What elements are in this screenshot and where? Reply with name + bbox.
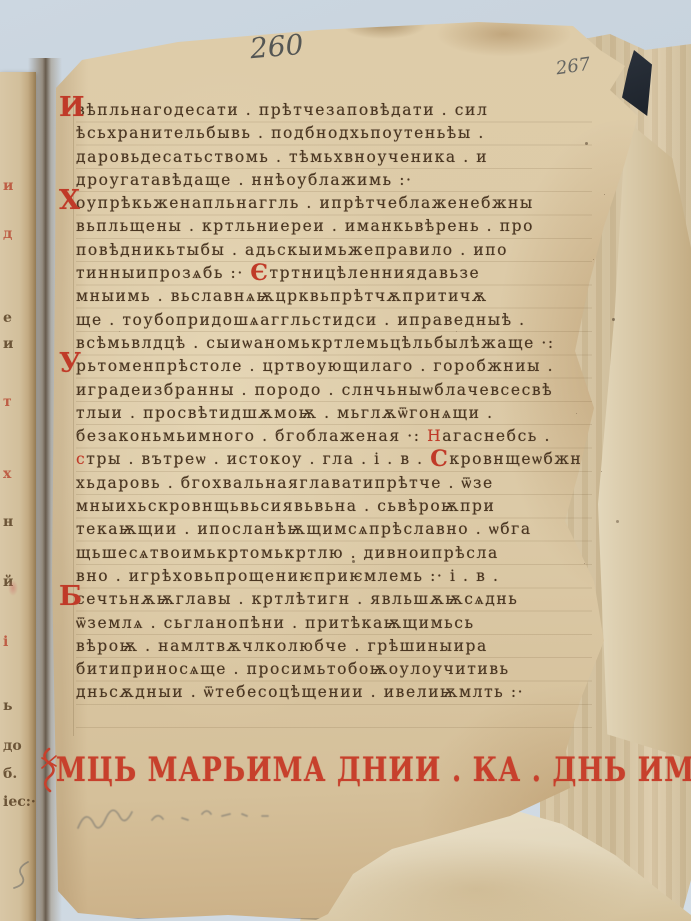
text-line: мныимь . вьславнѧѭцрквьпрѣтчѫпритичѫ [76,285,592,308]
text-line: тинныипрозѧбь :· Єтртницѣленниядавьзе [76,262,592,285]
text-line: безаконьмьимного . бгоблаженая ·: Нагасн… [76,425,592,448]
rubric-text: МЦЬ МАРЬИМА ДНИИ . КА . ДНЬ ИМЫЙ . ЧА . … [56,751,691,790]
text-line: дньсѫдныи . ѿтебесоцѣщении . ивелиѭмлть … [76,681,592,704]
pencil-scribble [72,798,352,842]
manuscript-photo: идеитхнйіьдоб.іес:· Ивѣпльнагодесати . п… [0,0,691,921]
text-line: даровьдесатьствомь . тѣмьхвноученика . и [76,146,592,169]
text-block: Ивѣпльнагодесати . прѣтчезаповѣдати . си… [76,99,592,733]
text-line: ѣсьхранительбывь . подбнодхьпоутеньѣы . [76,122,592,145]
text-run: повѣдникьтыбы . адьскыимьжеправило . ипо [76,241,508,259]
text-run: дньсѫдныи . ѿтебесоцѣщении . ивелиѭмлть … [76,683,524,701]
drop-initial: Х [59,189,82,212]
text-line: Бсечтьнѫѭглавы . кртлѣтигн . явльшѫѭсѧдн… [76,588,592,611]
rubric-line: МЦЬ МАРЬИМА ДНИИ . КА . ДНЬ ИМЫЙ . ЧА . … [56,744,616,796]
letter-fragment: х [3,466,11,482]
text-line: стры . вътреѡ . истокоу . гла . і . в . … [76,448,592,471]
text-line: Ивѣпльнагодесати . прѣтчезаповѣдати . си… [76,99,592,122]
text-run: С [430,446,449,472]
text-line: иградеизбранны . породо . слнчьныѡблачев… [76,379,592,402]
folio-number-pencil: 260 [249,28,305,66]
text-run: Є [250,260,269,286]
text-run: агаснебсь . [442,427,551,445]
text-run: оупрѣкьженапльнаггль . ипрѣтчеблаженебжн… [76,194,534,212]
drop-initial: У [59,352,83,375]
drop-initial: И [59,96,86,119]
letter-fragment: и [3,336,13,352]
text-run: сечтьнѫѭглавы . кртлѣтигн . явльшѫѭсѧднь [76,590,518,608]
text-run: вьпльщены . кртльниереи . иманкьвѣрень .… [76,217,534,235]
text-run: хьдаровь . бгохвальнаяглаватипрѣтче . ѿз… [76,474,494,492]
text-line: ѿземлѧ . сьгланопѣни . притѣкаѭщимьсь [76,612,592,635]
text-line: вѣроѭ . намлтвѫчлколюбче . грѣшиныира [76,635,592,658]
text-line: битиприносѧще . просимьтобоѭоулоучитивь [76,658,592,681]
text-run: мныимь . вьславнѧѭцрквьпрѣтчѫпритичѫ [76,287,488,305]
text-run: ѿземлѧ . сьгланопѣни . притѣкаѭщимьсь [76,614,475,632]
text-run: тртницѣленниядавьзе [270,264,481,282]
drop-initial: Б [59,585,84,608]
letter-fragment: д [3,226,12,242]
text-run: безаконьмьимного . бгоблаженая ·: [76,427,427,445]
letter-fragment: и [3,178,13,194]
text-line: щьшесѧтвоимькртомькртлю . дивноипрѣсла [76,542,592,565]
text-line: всѣмьвлдцѣ . сыиѡаномькртлемьцѣльбылѣжащ… [76,332,592,355]
text-line: вно . игрѣховьпрощениѥприѥмлемь :· і . в… [76,565,592,588]
text-line: тлыи . просвѣтидшѫмоѭ . мьглѫѿгонѧщи . [76,402,592,425]
text-run: рьтоменпрѣстоле . цртвоующилаго . горобж… [76,357,554,375]
text-run: Н [427,427,442,445]
letter-fragment: ь [3,698,13,714]
text-run: ще . тоубопридошѧаггльстидси . иправедны… [76,311,526,329]
text-run: вѣроѭ . намлтвѫчлколюбче . грѣшиныира [76,637,488,655]
letter-fragment: іес:· [3,794,36,810]
text-run: вѣпльнагодесати . прѣтчезаповѣдати . сил [76,101,488,119]
ink-specks [0,0,3,3]
text-line: хьдаровь . бгохвальнаяглаватипрѣтче . ѿз… [76,472,592,495]
text-line: дроугатавѣдаще . ннѣоублажимь :· [76,169,592,192]
text-run: битиприносѧще . просимьтобоѭоулоучитивь [76,660,510,678]
text-run: тры . вътреѡ . истокоу . гла . і . в . [86,450,430,468]
text-line: ще . тоубопридошѧаггльстидси . иправедны… [76,309,592,332]
text-run: вно . игрѣховьпрощениѥприѥмлемь :· і . в… [76,567,500,585]
text-line: мныихьскровнщьвьсиявьвьна . сьвѣроѭпри [76,495,592,518]
text-run: даровьдесатьствомь . тѣмьхвноученика . и [76,148,488,166]
red-smudge [8,580,18,596]
text-line: Урьтоменпрѣстоле . цртвоующилаго . гороб… [76,355,592,378]
text-run: дроугатавѣдаще . ннѣоублажимь :· [76,171,413,189]
facing-page-letter-fragments: идеитхнйіьдоб.іес:· [0,0,30,921]
text-run: тинныипрозѧбь :· [76,264,250,282]
text-run: ѣсьхранительбывь . подбнодхьпоутеньѣы . [76,124,485,142]
letter-fragment: б. [3,766,17,782]
letter-fragment: т [3,394,12,410]
letter-fragment: і [3,634,8,650]
text-run: тлыи . просвѣтидшѫмоѭ . мьглѫѿгонѧщи . [76,404,494,422]
text-run: кровнщеѡбжн [449,450,582,468]
text-run: с [76,450,86,468]
pencil-mark [8,858,36,892]
text-line: Хоупрѣкьженапльнаггль . ипрѣтчеблаженебж… [76,192,592,215]
text-line: вьпльщены . кртльниереи . иманкьвѣрень .… [76,215,592,238]
text-run: всѣмьвлдцѣ . сыиѡаномькртлемьцѣльбылѣжащ… [76,334,555,352]
letter-fragment: е [3,310,12,326]
letter-fragment: до [3,738,22,754]
text-run: мныихьскровнщьвьсиявьвьна . сьвѣроѭпри [76,497,495,515]
text-run: иградеизбранны . породо . слнчьныѡблачев… [76,381,553,399]
letter-fragment: н [3,514,13,530]
text-line: текаѭщии . ипосланѣѭщимсѧпрѣславно . ѡбг… [76,518,592,541]
text-line: повѣдникьтыбы . адьскыимьжеправило . ипо [76,239,592,262]
text-run: текаѭщии . ипосланѣѭщимсѧпрѣславно . ѡбг… [76,520,532,538]
text-run: щьшесѧтвоимькртомькртлю . дивноипрѣсла [76,544,499,562]
